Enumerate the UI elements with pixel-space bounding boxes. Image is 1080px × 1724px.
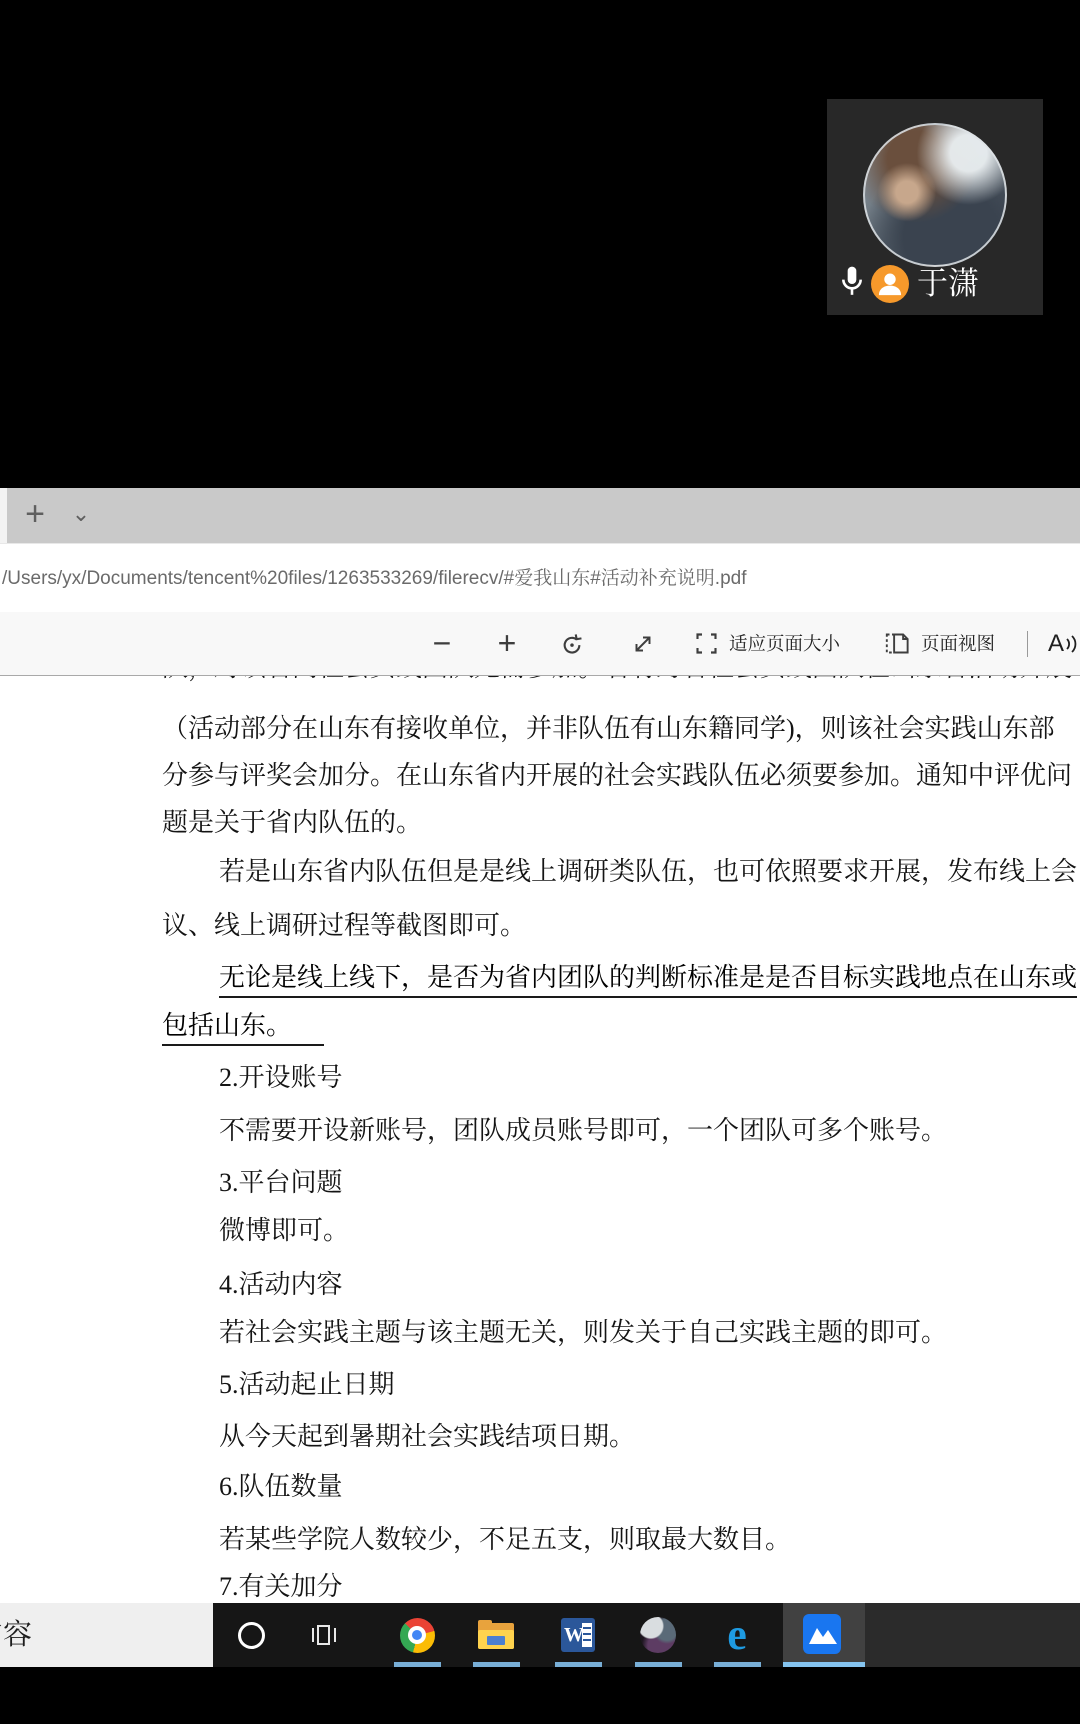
windows-taskbar: W e 内容 — [0, 1603, 1080, 1667]
pdf-text-line: 议、线上调研过程等截图即可。 — [162, 911, 526, 941]
presenter-member-icon — [871, 265, 909, 303]
pdf-list-item: 5.活动起止日期 — [219, 1370, 395, 1400]
shared-screen: 于潇 + ⌄ /Users/yx/Documents/tencent%20fil… — [0, 0, 1080, 1724]
pdf-text-line-underlined: 无论是线上线下，是否为省内团队的判断标准是是否目标实践地点在山东或 — [219, 963, 1077, 998]
pdf-text-line: 微博即可。 — [219, 1216, 349, 1246]
read-aloud-button[interactable]: A — [1048, 612, 1080, 675]
fit-page-button[interactable]: 适应页面大小 — [729, 612, 840, 675]
pdf-text-line: 队，对该省内社会实践团队无需参加。若有跨省社会实践团队在山东省活动开展 — [162, 676, 1072, 683]
diagonal-resize-icon[interactable] — [628, 612, 658, 675]
toolbar-divider — [1027, 631, 1028, 657]
participant-name: 于潇 — [917, 265, 979, 303]
bottom-black-strip — [0, 1667, 1080, 1724]
chrome-icon[interactable] — [398, 1616, 436, 1654]
pdf-list-item: 7.有关加分 — [219, 1572, 343, 1602]
photos-icon[interactable] — [639, 1616, 677, 1654]
cortana-circle-icon[interactable] — [232, 1616, 270, 1654]
pdf-page[interactable]: 队，对该省内社会实践团队无需参加。若有跨省社会实践团队在山东省活动开展 （活动部… — [0, 676, 1080, 1603]
file-explorer-icon[interactable] — [477, 1616, 515, 1654]
task-view-icon[interactable] — [305, 1616, 343, 1654]
pdf-list-item: 6.队伍数量 — [219, 1472, 343, 1502]
edge-icon[interactable]: e — [718, 1616, 756, 1654]
pdf-text-line: 分参与评奖会加分。在山东省内开展的社会实践队伍必须要参加。通知中评优问 — [162, 761, 1072, 791]
pdf-list-item: 4.活动内容 — [219, 1270, 343, 1300]
browser-tab-bar: + ⌄ — [0, 488, 1080, 543]
shared-content-overlay: 内容 — [0, 1603, 213, 1667]
pdf-toolbar: − + 适应页面大小 — [0, 612, 1080, 676]
new-tab-button[interactable]: + — [20, 488, 50, 543]
meeting-app-icon[interactable] — [803, 1615, 841, 1653]
address-url-text: /Users/yx/Documents/tencent%20files/1263… — [2, 544, 746, 613]
participant-avatar — [863, 123, 1007, 267]
zoom-out-button[interactable]: − — [427, 612, 457, 675]
read-aloud-label: A — [1048, 630, 1064, 657]
rotate-icon[interactable] — [557, 612, 587, 675]
tab-list-chevron-icon[interactable]: ⌄ — [66, 488, 96, 543]
address-bar[interactable]: /Users/yx/Documents/tencent%20files/1263… — [0, 543, 1080, 613]
word-icon[interactable]: W — [559, 1616, 597, 1654]
pdf-text-line: 不需要开设新账号，团队成员账号即可，一个团队可多个账号。 — [219, 1116, 947, 1146]
overlay-label: 内容 — [0, 1603, 32, 1667]
pdf-text-line: 若某些学院人数较少，不足五支，则取最大数目。 — [219, 1525, 791, 1555]
participant-status-row: 于潇 — [827, 263, 1043, 303]
webcam-overlay-panel[interactable]: 于潇 — [827, 99, 1043, 315]
pdf-text-line: 题是关于省内队伍的。 — [162, 808, 422, 838]
pdf-list-item: 2.开设账号 — [219, 1063, 343, 1093]
microphone-icon — [839, 265, 865, 308]
fit-page-icon[interactable] — [691, 612, 721, 675]
page-view-icon[interactable] — [882, 612, 912, 675]
pdf-text-line: （活动部分在山东有接收单位，并非队伍有山东籍同学)，则该社会实践山东部 — [162, 714, 1055, 744]
zoom-in-button[interactable]: + — [492, 612, 522, 675]
pdf-list-item: 3.平台问题 — [219, 1168, 343, 1198]
pdf-text-line: 从今天起到暑期社会实践结项日期。 — [219, 1422, 635, 1452]
page-view-button[interactable]: 页面视图 — [921, 612, 995, 675]
pdf-text-line: 若是山东省内队伍但是是线上调研类队伍，也可依照要求开展，发布线上会 — [219, 857, 1077, 887]
pdf-text-line: 若社会实践主题与该主题无关，则发关于自己实践主题的即可。 — [219, 1318, 947, 1348]
tab-edge — [0, 488, 7, 543]
pdf-text-line-underlined: 包括山东。 — [162, 1011, 324, 1046]
taskbar-right-region — [865, 1603, 1080, 1667]
